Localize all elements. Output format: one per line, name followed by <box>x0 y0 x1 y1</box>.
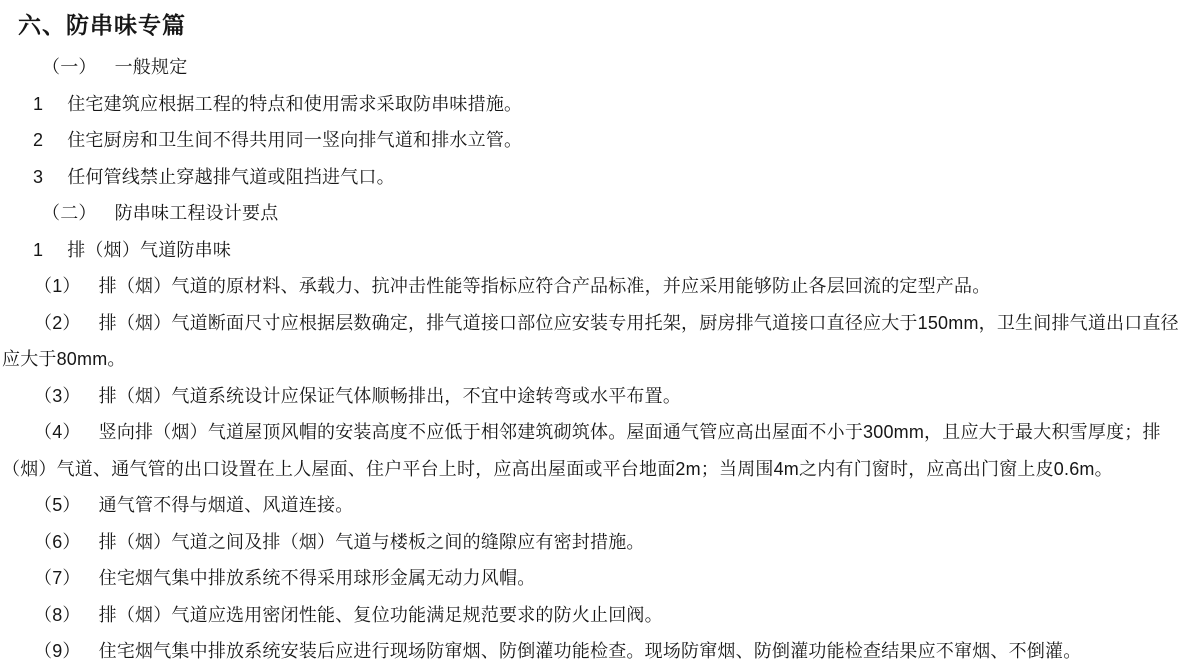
item-number: （7） <box>34 568 81 588</box>
item-text: 排（烟）气道断面尺寸应根据层数确定，排气道接口部位应安装专用托架，厨房排气道接口… <box>2 313 1179 370</box>
item-text: 排（烟）气道系统设计应保证气体顺畅排出，不宜中途转弯或水平布置。 <box>99 386 681 406</box>
item-number: （6） <box>34 532 81 552</box>
list-sub-item: （3）排（烟）气道系统设计应保证气体顺畅排出，不宜中途转弯或水平布置。 <box>0 378 1188 415</box>
list-sub-item: （9）住宅烟气集中排放系统安装后应进行现场防窜烟、防倒灌功能检查。现场防窜烟、防… <box>0 633 1188 670</box>
list-sub-item: （1）排（烟）气道的原材料、承载力、抗冲击性能等指标应符合产品标准，并应采用能够… <box>0 268 1188 305</box>
list-sub-item: （6）排（烟）气道之间及排（烟）气道与楼板之间的缝隙应有密封措施。 <box>0 524 1188 561</box>
section-text: 一般规定 <box>115 57 188 77</box>
item-text: 竖向排（烟）气道屋顶风帽的安装高度不应低于相邻建筑砌筑体。屋面通气管应高出屋面不… <box>2 422 1161 479</box>
section-heading: （二）防串味工程设计要点 <box>0 195 1188 232</box>
item-number: （4） <box>34 422 81 442</box>
chapter-title: 六、防串味专篇 <box>18 10 1188 40</box>
section-number: （二） <box>42 203 97 223</box>
item-text: 排（烟）气道的原材料、承载力、抗冲击性能等指标应符合产品标准，并应采用能够防止各… <box>99 276 991 296</box>
item-text: 任何管线禁止穿越排气道或阻挡进气口。 <box>67 167 395 187</box>
item-text: 排（烟）气道应选用密闭性能、复位功能满足规范要求的防火止回阀。 <box>99 605 663 625</box>
list-sub-item: （5）通气管不得与烟道、风道连接。 <box>0 487 1188 524</box>
item-number: 2 <box>33 130 43 150</box>
list-item: 2住宅厨房和卫生间不得共用同一竖向排气道和排水立管。 <box>0 122 1188 159</box>
section-number: （一） <box>42 57 97 77</box>
item-number: （5） <box>34 495 81 515</box>
item-number: （2） <box>34 313 81 333</box>
item-number: 1 <box>33 240 43 260</box>
list-sub-item: （8）排（烟）气道应选用密闭性能、复位功能满足规范要求的防火止回阀。 <box>0 597 1188 634</box>
list-item: 1住宅建筑应根据工程的特点和使用需求采取防串味措施。 <box>0 86 1188 123</box>
list-sub-item: （7）住宅烟气集中排放系统不得采用球形金属无动力风帽。 <box>0 560 1188 597</box>
item-text: 住宅建筑应根据工程的特点和使用需求采取防串味措施。 <box>67 94 522 114</box>
item-number: （3） <box>34 386 81 406</box>
section-heading: （一）一般规定 <box>0 49 1188 86</box>
item-number: 3 <box>33 167 43 187</box>
list-sub-item: （2）排（烟）气道断面尺寸应根据层数确定，排气道接口部位应安装专用托架，厨房排气… <box>0 305 1188 378</box>
item-number: 1 <box>33 94 43 114</box>
item-number: （1） <box>34 276 81 296</box>
section-text: 防串味工程设计要点 <box>115 203 279 223</box>
item-text: 通气管不得与烟道、风道连接。 <box>99 495 354 515</box>
item-text: 排（烟）气道之间及排（烟）气道与楼板之间的缝隙应有密封措施。 <box>99 532 645 552</box>
item-text: 住宅厨房和卫生间不得共用同一竖向排气道和排水立管。 <box>67 130 522 150</box>
document-page: 六、防串味专篇 （一）一般规定 1住宅建筑应根据工程的特点和使用需求采取防串味措… <box>0 0 1200 670</box>
item-number: （9） <box>34 641 81 661</box>
item-number: （8） <box>34 605 81 625</box>
list-sub-item: （4）竖向排（烟）气道屋顶风帽的安装高度不应低于相邻建筑砌筑体。屋面通气管应高出… <box>0 414 1188 487</box>
item-text: 排（烟）气道防串味 <box>67 240 231 260</box>
list-item: 1排（烟）气道防串味 <box>0 232 1188 269</box>
item-text: 住宅烟气集中排放系统不得采用球形金属无动力风帽。 <box>99 568 536 588</box>
list-item: 3任何管线禁止穿越排气道或阻挡进气口。 <box>0 159 1188 196</box>
item-text: 住宅烟气集中排放系统安装后应进行现场防窜烟、防倒灌功能检查。现场防窜烟、防倒灌功… <box>99 641 1082 661</box>
